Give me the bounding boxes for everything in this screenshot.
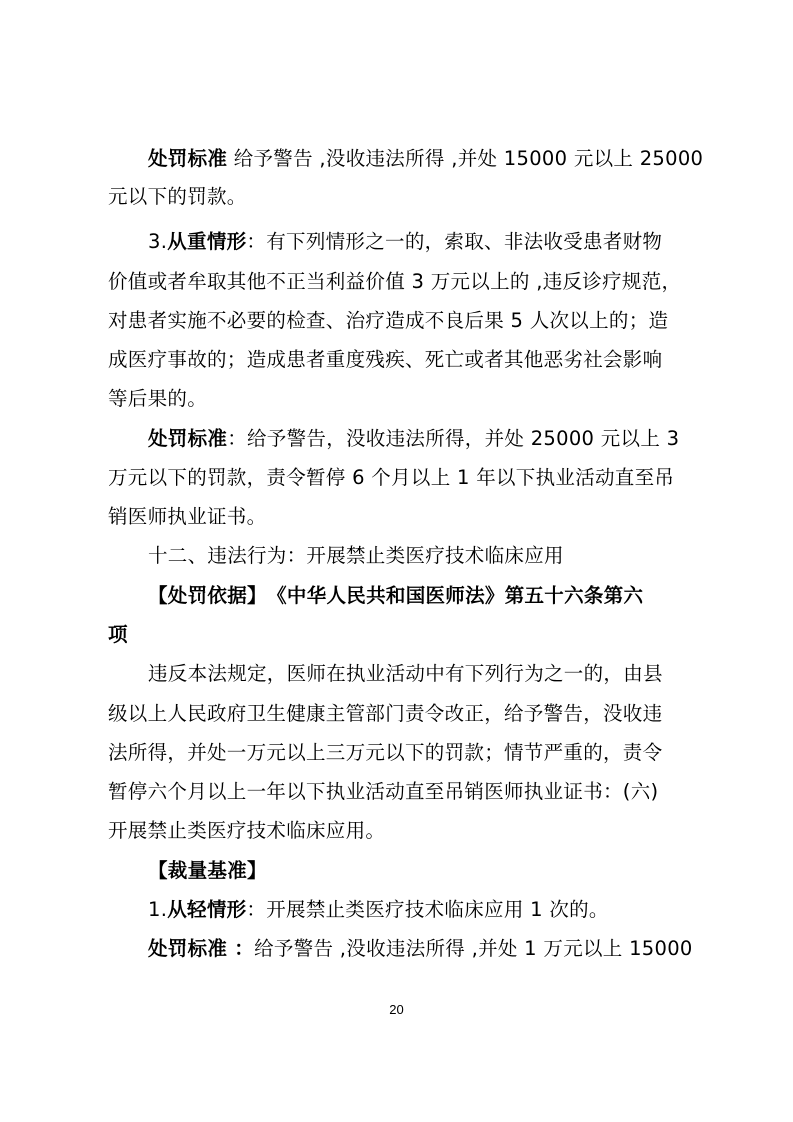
paragraph-line: 开展禁止类医疗技术临床应用。 (108, 817, 693, 845)
paragraph-line: 处罚标准：给予警告，没收违法所得，并处 25000 元以上 3 (148, 425, 733, 453)
line-text: 给予警告 ,没收违法所得 ,并处 1 万元以上 15000 (254, 937, 693, 960)
paragraph-line: 价值或者牟取其他不正当利益价值 3 万元以上的 ,违反诊疗规范， (108, 268, 693, 296)
penalty-basis-heading: 【处罚依据】 《中华人民共和国医师法》第五十六条第六 (148, 582, 733, 610)
line-text: 给予警告 ,没收违法所得 ,并处 15000 元以上 25000 (227, 147, 703, 170)
paragraph-line: 等后果的。 (108, 385, 693, 413)
bold-label: 【处罚依据】 《中华人民共和国医师法》第五十六条第六 (148, 584, 643, 607)
line-text: 万元以下的罚款，责令暂停 6 个月以上 1 年以下执业活动直至吊 (108, 466, 674, 489)
bold-label: 处罚标准 (148, 147, 227, 170)
bold-label: 从轻情形 (167, 898, 246, 921)
line-text: 成医疗事故的；造成患者重度残疾、死亡或者其他恶劣社会影响 (108, 348, 662, 371)
line-text: 销医师执业证书。 (108, 505, 266, 528)
line-text: 级以上人民政府卫生健康主管部门责令改正，给予警告，没收违 (108, 702, 662, 725)
paragraph-line: 销医师执业证书。 (108, 503, 693, 531)
bold-label: 项 (108, 623, 128, 646)
bold-label: 处罚标准 ： (148, 937, 254, 960)
line-text: 违反本法规定，医师在执业活动中有下列行为之一的，由县 (148, 662, 663, 685)
paragraph-line: 违反本法规定，医师在执业活动中有下列行为之一的，由县 (148, 660, 733, 688)
line-text: 开展禁止类医疗技术临床应用。 (108, 819, 385, 842)
paragraph-line: 万元以下的罚款，责令暂停 6 个月以上 1 年以下执业活动直至吊 (108, 464, 693, 492)
paragraph-line: 1.从轻情形：开展禁止类医疗技术临床应用 1 次的。 (148, 896, 733, 924)
bold-label: 【裁量基准】 (148, 859, 267, 882)
line-text: 等后果的。 (108, 387, 207, 410)
paragraph-line: 处罚标准 ：给予警告 ,没收违法所得 ,并处 1 万元以上 15000 (148, 935, 733, 963)
section-heading: 十二、违法行为：开展禁止类医疗技术临床应用 (148, 542, 733, 570)
line-text: ：有下列情形之一的，索取、非法收受患者财物 (246, 230, 662, 253)
paragraph-line: 项 (108, 621, 693, 649)
line-text: 十二、违法行为：开展禁止类医疗技术临床应用 (148, 544, 564, 567)
list-number: 3. (148, 230, 167, 253)
line-text: 暂停六个月以上一年以下执业活动直至吊销医师执业证书：(六) (108, 780, 658, 803)
paragraph-line: 成医疗事故的；造成患者重度残疾、死亡或者其他恶劣社会影响 (108, 346, 693, 374)
paragraph-line: 对患者实施不必要的检查、治疗造成不良后果 5 人次以上的；造 (108, 307, 693, 335)
line-text: 对患者实施不必要的检查、治疗造成不良后果 5 人次以上的；造 (108, 309, 668, 332)
line-text: 元以下的罚款。 (108, 185, 247, 208)
bold-label: 处罚标准 (148, 427, 227, 450)
paragraph-line: 元以下的罚款。 (108, 183, 693, 211)
line-text: 法所得，并处一万元以上三万元以下的罚款；情节严重的，责令 (108, 741, 662, 764)
paragraph-line: 级以上人民政府卫生健康主管部门责令改正，给予警告，没收违 (108, 700, 693, 728)
document-page: 处罚标准 给予警告 ,没收违法所得 ,并处 15000 元以上 25000 元以… (0, 0, 793, 1122)
bold-label: 从重情形 (167, 230, 246, 253)
discretion-heading: 【裁量基准】 (148, 857, 733, 885)
page-number: 20 (0, 1002, 793, 1017)
line-text: ：开展禁止类医疗技术临床应用 1 次的。 (246, 898, 608, 921)
paragraph-line: 3.从重情形：有下列情形之一的，索取、非法收受患者财物 (148, 228, 733, 256)
paragraph-line: 暂停六个月以上一年以下执业活动直至吊销医师执业证书：(六) (108, 778, 693, 806)
paragraph-line: 法所得，并处一万元以上三万元以下的罚款；情节严重的，责令 (108, 739, 693, 767)
list-number: 1. (148, 898, 167, 921)
line-text: 价值或者牟取其他不正当利益价值 3 万元以上的 ,违反诊疗规范， (108, 270, 681, 293)
line-text: ：给予警告，没收违法所得，并处 25000 元以上 3 (227, 427, 679, 450)
paragraph-line: 处罚标准 给予警告 ,没收违法所得 ,并处 15000 元以上 25000 (148, 145, 733, 173)
